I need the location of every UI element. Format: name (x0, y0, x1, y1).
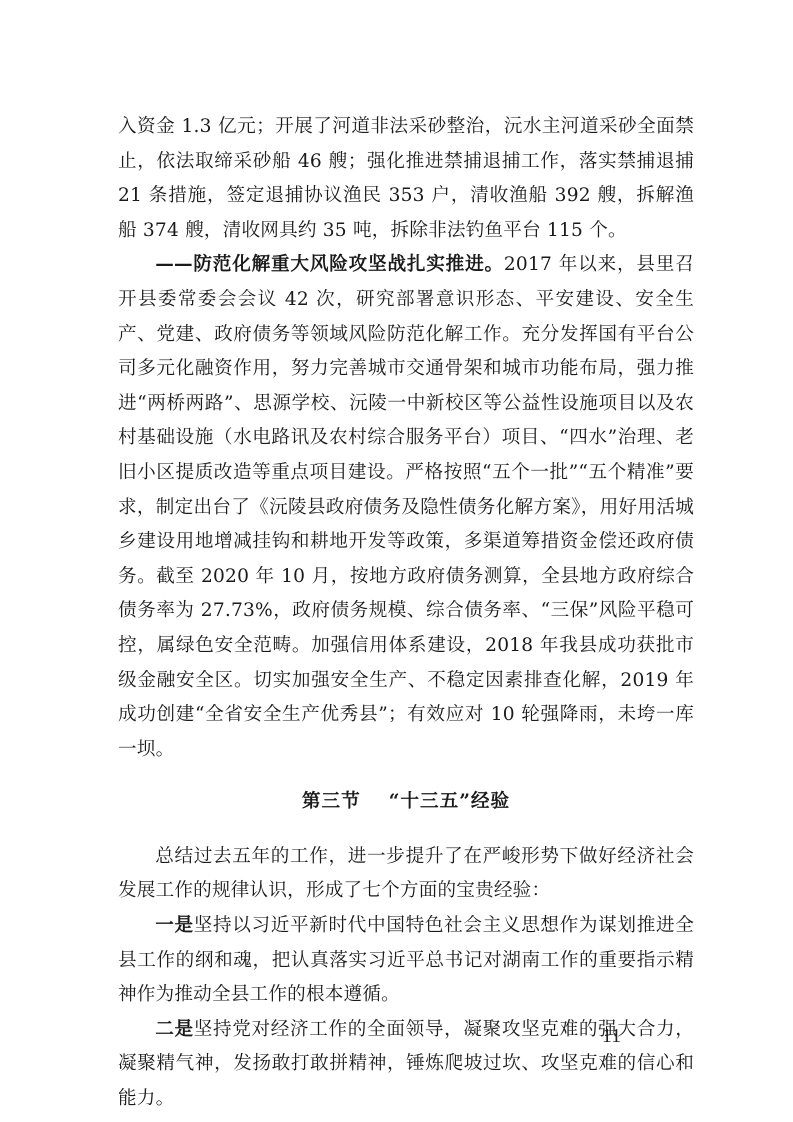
page-number: 11 (0, 1025, 793, 1048)
paragraph-text: 入资金 1.3 亿元；开展了河道非法采砂整治，沅水主河道采砂全面禁止，依法取缔采… (118, 116, 694, 241)
paragraph-experience-1: 一是坚持以习近平新时代中国特色社会主义思想作为谋划推进全县工作的纲和魂，把认真落… (118, 909, 694, 1013)
paragraph-lead-bold: ——防范化解重大风险攻坚战扎实推进。 (155, 254, 504, 275)
paragraph-text: 总结过去五年的工作，进一步提升了在严峻形势下做好经济社会发展工作的规律认识，形成… (118, 846, 694, 902)
paragraph-risk-prevention: ——防范化解重大风险攻坚战扎实推进。2017 年以来，县里召开县委常委会会议 4… (118, 248, 694, 767)
section-heading: 第三节“十三五”经验 (118, 767, 694, 840)
paragraph-river-governance: 入资金 1.3 亿元；开展了河道非法采砂整治，沅水主河道采砂全面禁止，依法取缔采… (118, 110, 694, 248)
section-number: 第三节 (302, 791, 361, 812)
paragraph-summary: 总结过去五年的工作，进一步提升了在严峻形势下做好经济社会发展工作的规律认识，形成… (118, 840, 694, 909)
body-text: 入资金 1.3 亿元；开展了河道非法采砂整治，沅水主河道采砂全面禁止，依法取缔采… (118, 110, 694, 1117)
paragraph-text: 坚持以习近平新时代中国特色社会主义思想作为谋划推进全县工作的纲和魂，把认真落实习… (118, 915, 694, 1005)
paragraph-lead-bold: 一是 (155, 915, 194, 936)
document-page: 入资金 1.3 亿元；开展了河道非法采砂整治，沅水主河道采砂全面禁止，依法取缔采… (0, 0, 793, 1122)
paragraph-text: 2017 年以来，县里召开县委常委会会议 42 次，研究部署意识形态、平安建设、… (118, 254, 694, 759)
section-title: “十三五”经验 (389, 791, 510, 812)
